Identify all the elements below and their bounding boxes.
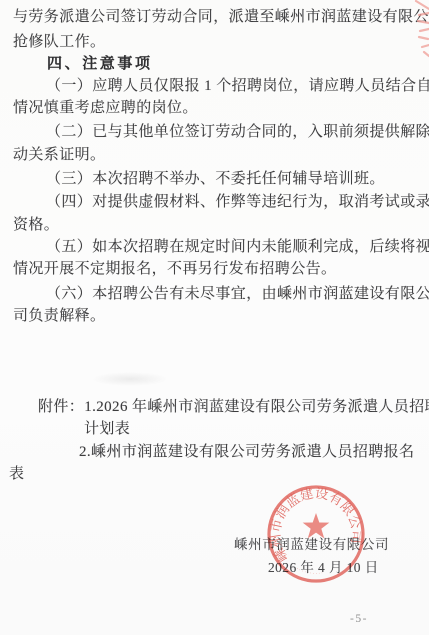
text-line: 计划表 xyxy=(84,420,130,438)
text-line: 情况开展不定期报名，不再另行发布招聘公告。 xyxy=(13,260,336,278)
text-line: 四、注意事项 xyxy=(47,55,153,73)
seal-star xyxy=(303,513,330,538)
document-page: 与劳务派遣公司签订劳动合同，派遣至嵊州市润蓝建设有限公司抢修队工作。四、注意事项… xyxy=(0,0,429,635)
text-line: （三）本次招聘不举办、不委托任何辅导培训班。 xyxy=(46,170,385,188)
text-line: 资格。 xyxy=(13,216,59,234)
text-line: （二）已与其他单位签订劳动合同的，入职前须提供解除劳 xyxy=(46,123,429,141)
text-line: 抢修队工作。 xyxy=(13,33,105,51)
edge-stamp-fragments xyxy=(403,0,429,80)
text-line: （四）对提供虚假材料、作弊等违纪行为，取消考试或录用 xyxy=(46,193,429,211)
seal-serial-marks: · · · · · · · · · · xyxy=(295,567,324,577)
company-seal-stamp: 嵊州市润蓝建设有限公司 · · · · · · · · · · xyxy=(261,479,371,589)
text-line: （五）如本次招聘在规定时间内未能顺利完成，后续将视 xyxy=(46,238,429,256)
text-line: 情况慎重考虑应聘的岗位。 xyxy=(13,99,198,117)
text-line: 司负责解释。 xyxy=(13,307,105,325)
text-line: 附件：1.2026 年嵊州市润蓝建设有限公司劳务派遣人员招聘 xyxy=(38,398,429,416)
text-line: 动关系证明。 xyxy=(13,146,105,164)
text-line: （六）本招聘公告有未尽事宜，由嵊州市润蓝建设有限公 xyxy=(46,285,429,303)
text-line: （一）应聘人员仅限报 1 个招聘岗位，请应聘人员结合自身 xyxy=(46,77,429,95)
scan-smudge xyxy=(92,372,168,386)
text-line: 2.嵊州市润蓝建设有限公司劳务派遣人员招聘报名 xyxy=(79,443,414,461)
text-line: 与劳务派遣公司签订劳动合同，派遣至嵊州市润蓝建设有限公司 xyxy=(13,8,429,26)
text-line: 表 xyxy=(9,465,24,483)
page-number: -5- xyxy=(350,613,368,625)
